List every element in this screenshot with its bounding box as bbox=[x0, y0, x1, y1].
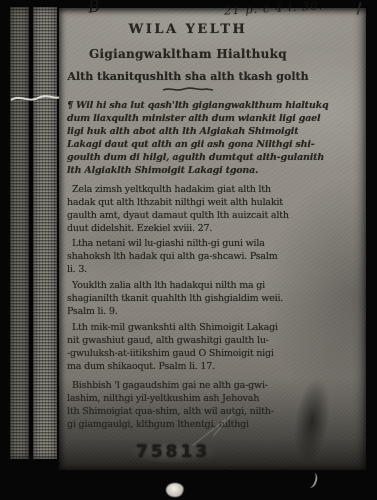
text-line: ligi huk alth abot alth lth Algiakah Shi… bbox=[67, 125, 309, 138]
text-line: gaulth amt, dyaut damaut qulth lth auizc… bbox=[67, 209, 309, 222]
scripture-paragraph: Lth mik-mil gwankshti alth Shimoigit Lak… bbox=[67, 321, 309, 373]
text-line: li. 3. bbox=[67, 263, 309, 276]
text-line: ma dum shikaoqut. Psalm li. 17. bbox=[67, 360, 309, 373]
text-line: Zela zimsh yeltkqulth hadakim giat alth … bbox=[67, 183, 309, 196]
printed-text-block: WILA YELTH Gigiangwakltham Hialthukq Alt… bbox=[67, 22, 309, 431]
handwritten-letter-mark: B bbox=[87, 0, 101, 17]
text-line: lashim, nilthgi yil-yeltkushim ash Jehov… bbox=[67, 392, 309, 405]
book-title: WILA YELTH bbox=[67, 22, 309, 37]
book-subtitle: Gigiangwakltham Hialthukq bbox=[67, 47, 309, 61]
light-arc bbox=[304, 471, 319, 490]
binding-strip-left bbox=[10, 7, 29, 459]
accession-number-stamp: 75813 bbox=[128, 440, 218, 464]
text-line: Youklth zalia alth lth hadakqui nilth ma… bbox=[67, 279, 309, 292]
scripture-paragraph: Zela zimsh yeltkqulth hadakim giat alth … bbox=[67, 183, 309, 235]
scripture-paragraph: Ltha netani wil lu-giashi nilth-gi guni … bbox=[67, 237, 309, 276]
text-line: shahoksh lth hadak qui alth ga-shcawi. P… bbox=[67, 250, 309, 263]
scripture-paragraph: Youklth zalia alth lth hadakqui nilth ma… bbox=[67, 279, 309, 318]
text-line: lth Algiaklth Shimoigit Lakagi tgona. bbox=[67, 164, 309, 177]
text-line: dum liaxqulth minister alth dum wiankit … bbox=[67, 112, 309, 125]
text-line: goulth dum di hilgl, agulth dumtqut alth… bbox=[67, 151, 309, 164]
light-blob bbox=[166, 483, 184, 497]
text-line: duut didelshit. Ezekiel xviii. 27. bbox=[67, 222, 309, 235]
text-line: Bishbish 'l gagaudshim gai ne alth ga-gw… bbox=[67, 379, 309, 392]
text-line: Psalm li. 9. bbox=[67, 305, 309, 318]
text-line: nit gwashiut gaud, alth gwashitgi gaulth… bbox=[67, 334, 309, 347]
binding-strip-right bbox=[33, 7, 57, 459]
text-line: Ltha netani wil lu-giashi nilth-gi guni … bbox=[67, 237, 309, 250]
text-line: lth Shimoigiat qua-shim, alth wil autgi,… bbox=[67, 405, 309, 418]
book-binding bbox=[8, 7, 60, 459]
decorative-rule bbox=[162, 86, 214, 93]
text-line: ¶ Wil hi sha lut qash'lth gigiangwaklthu… bbox=[67, 99, 309, 112]
text-line: shagianilth tkanit quahlth lth gishgiald… bbox=[67, 292, 309, 305]
text-line: -gwuluksh-at-iitikshim gaud O Shimoigit … bbox=[67, 347, 309, 360]
scripture-paragraph: Bishbish 'l gagaudshim gai ne alth ga-gw… bbox=[67, 379, 309, 431]
text-line: Lth mik-mil gwankshti alth Shimoigit Lak… bbox=[67, 321, 309, 334]
binding-thread bbox=[10, 91, 62, 107]
scripture-paragraph: ¶ Wil hi sha lut qash'lth gigiangwaklthu… bbox=[67, 99, 309, 177]
scanned-photo: WILA YELTH Gigiangwakltham Hialthukq Alt… bbox=[0, 0, 377, 500]
text-line: Lakagi daut qut alth an gii ash gona Nil… bbox=[67, 138, 309, 151]
book-tagline: Alth tkanitqushlth sha alth tkash golth bbox=[67, 70, 309, 83]
text-line: hadak qut alth lthzabit nilthgi weit alt… bbox=[67, 196, 309, 209]
text-line: gi giamgaulgi, klthgum lthentgi, nilthgi bbox=[67, 418, 309, 431]
